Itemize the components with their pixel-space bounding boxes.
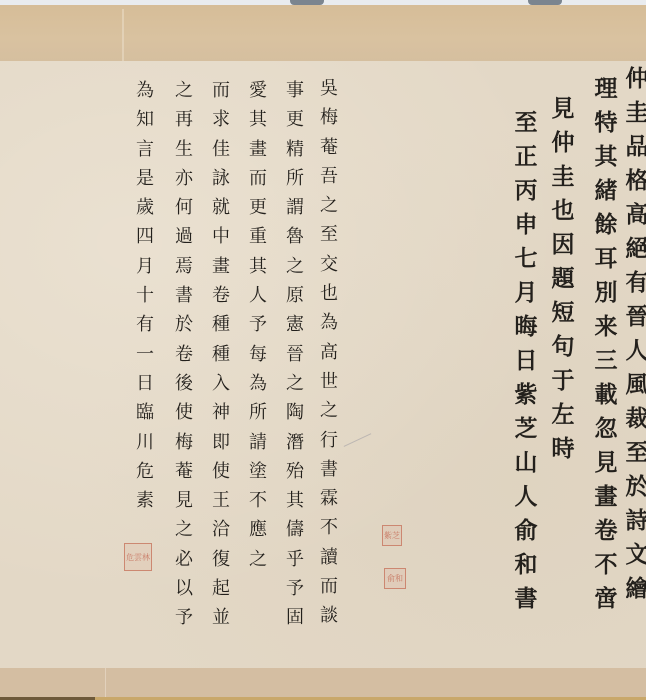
character: 緒 (595, 174, 618, 208)
character: 魯 (286, 222, 304, 251)
left-colophon-column-1: 吳梅菴吾之至交也為高世之行書霖不讀而談 (317, 74, 341, 631)
character: 晦 (515, 310, 538, 344)
left-colophon-column-3: 愛其畫而更重其人予每為所請塗不應之 (246, 76, 270, 574)
character: 時 (552, 432, 575, 466)
character: 並 (212, 603, 230, 632)
left-colophon-column-5: 之再生亦何過焉書於卷後使梅菴見之必以予 (172, 76, 196, 633)
character: 何 (175, 193, 193, 222)
character: 有 (626, 266, 646, 300)
character: 芝 (515, 412, 538, 446)
character: 為 (249, 369, 267, 398)
character: 月 (515, 276, 538, 310)
character: 更 (249, 193, 267, 222)
character: 而 (320, 572, 338, 601)
character: 之 (249, 545, 267, 574)
character: 書 (320, 455, 338, 484)
character: 一 (136, 340, 154, 369)
character: 詠 (212, 164, 230, 193)
character: 臨 (136, 398, 154, 427)
character: 至 (626, 436, 646, 470)
character: 更 (286, 105, 304, 134)
character: 不 (595, 548, 618, 582)
character: 行 (320, 426, 338, 455)
right-colophon-column-1: 仲圭品格高絕有晉人風裁至於詩文繪 (625, 62, 646, 606)
character: 洽 (212, 515, 230, 544)
character: 過 (175, 222, 193, 251)
character: 詩 (626, 504, 646, 538)
character: 絕 (626, 232, 646, 266)
character: 和 (515, 548, 538, 582)
character: 之 (286, 252, 304, 281)
character: 談 (320, 601, 338, 630)
hanger-tab-left (290, 0, 324, 5)
character: 之 (320, 191, 338, 220)
character: 風 (626, 368, 646, 402)
character: 塗 (249, 457, 267, 486)
character: 見 (175, 486, 193, 515)
character: 使 (175, 398, 193, 427)
character: 俞 (515, 514, 538, 548)
character: 應 (249, 515, 267, 544)
character: 月 (136, 252, 154, 281)
character: 之 (286, 369, 304, 398)
character: 予 (249, 310, 267, 339)
character: 於 (626, 470, 646, 504)
character: 申 (515, 208, 538, 242)
character: 菴 (320, 133, 338, 162)
character: 重 (249, 222, 267, 251)
character: 所 (286, 164, 304, 193)
character: 霖 (320, 484, 338, 513)
character: 事 (286, 76, 304, 105)
character: 梅 (320, 103, 338, 132)
character: 吾 (320, 162, 338, 191)
character: 其 (249, 105, 267, 134)
character: 繪 (626, 572, 646, 606)
character: 高 (320, 338, 338, 367)
character: 畫 (249, 135, 267, 164)
character: 起 (212, 574, 230, 603)
character: 而 (249, 164, 267, 193)
character: 日 (515, 344, 538, 378)
character: 格 (626, 164, 646, 198)
character: 其 (249, 252, 267, 281)
bottom-mounting-border (0, 668, 646, 697)
character: 求 (212, 105, 230, 134)
character: 正 (515, 140, 538, 174)
character: 卷 (595, 514, 618, 548)
character: 紫 (515, 378, 538, 412)
character: 三 (595, 344, 618, 378)
top-mounting-border (0, 5, 646, 61)
character: 日 (136, 369, 154, 398)
character: 予 (286, 574, 304, 603)
character: 入 (212, 369, 230, 398)
character: 精 (286, 135, 304, 164)
character: 晉 (286, 340, 304, 369)
character: 就 (212, 193, 230, 222)
character: 於 (175, 310, 193, 339)
character: 至 (515, 106, 538, 140)
character: 亦 (175, 164, 193, 193)
hanger-tab-right (528, 0, 562, 5)
right-colophon-signature: 至正丙申七月晦日紫芝山人俞和書 (514, 106, 538, 616)
character: 佳 (212, 135, 230, 164)
character: 文 (626, 538, 646, 572)
character: 書 (515, 582, 538, 616)
character: 必 (175, 545, 193, 574)
left-colophon-column-4: 而求佳詠就中畫卷種種入神即使王洽復起並 (209, 76, 233, 633)
seal-collector-lower: 俞和 (384, 568, 406, 589)
character: 再 (175, 105, 193, 134)
character: 為 (136, 76, 154, 105)
character: 殆 (286, 457, 304, 486)
character: 之 (320, 396, 338, 425)
character: 七 (515, 242, 538, 276)
character: 為 (320, 308, 338, 337)
character: 丙 (515, 174, 538, 208)
character: 高 (626, 198, 646, 232)
character: 人 (515, 480, 538, 514)
character: 忽 (595, 412, 618, 446)
character: 言 (136, 135, 154, 164)
character: 句 (552, 330, 575, 364)
character: 因 (552, 228, 575, 262)
character: 裁 (626, 402, 646, 436)
right-colophon-column-2: 理特其緒餘耳別来三載忽見畫卷不啻 (594, 72, 618, 616)
character: 愛 (249, 76, 267, 105)
character: 中 (212, 222, 230, 251)
character: 予 (175, 603, 193, 632)
character: 載 (595, 378, 618, 412)
character: 而 (212, 76, 230, 105)
character: 也 (552, 194, 575, 228)
character: 理 (595, 72, 618, 106)
character: 之 (175, 515, 193, 544)
character: 其 (286, 486, 304, 515)
character: 素 (136, 486, 154, 515)
character: 固 (286, 603, 304, 632)
character: 耳 (595, 242, 618, 276)
character: 左 (552, 398, 575, 432)
character: 十 (136, 281, 154, 310)
character: 也 (320, 279, 338, 308)
character: 焉 (175, 252, 193, 281)
character: 所 (249, 398, 267, 427)
character: 啻 (595, 582, 618, 616)
character: 王 (212, 486, 230, 515)
character: 復 (212, 545, 230, 574)
left-colophon-signature: 為知言是歲四月十有一日臨川危素 (133, 76, 157, 515)
character: 憲 (286, 310, 304, 339)
character: 餘 (595, 208, 618, 242)
character: 讀 (320, 543, 338, 572)
character: 川 (136, 428, 154, 457)
character: 至 (320, 220, 338, 249)
character: 交 (320, 250, 338, 279)
seal-wei-su: 危雲林 (124, 543, 152, 571)
character: 吳 (320, 74, 338, 103)
character: 世 (320, 367, 338, 396)
character: 仲 (626, 62, 646, 96)
character: 卷 (212, 281, 230, 310)
right-colophon-column-3: 見仲圭也因題短句于左時 (551, 92, 575, 466)
character: 菴 (175, 457, 193, 486)
character: 人 (626, 334, 646, 368)
left-colophon-column-2: 事更精所謂魯之原憲晉之陶潛殆其儔乎予固 (283, 76, 307, 633)
paper-crease (344, 433, 377, 457)
character: 圭 (626, 96, 646, 130)
character: 乎 (286, 545, 304, 574)
character: 後 (175, 369, 193, 398)
character: 潛 (286, 428, 304, 457)
character: 歲 (136, 193, 154, 222)
character: 知 (136, 105, 154, 134)
character: 見 (595, 446, 618, 480)
character: 于 (552, 364, 575, 398)
character: 種 (212, 340, 230, 369)
character: 畫 (595, 480, 618, 514)
character: 使 (212, 457, 230, 486)
character: 是 (136, 164, 154, 193)
character: 生 (175, 135, 193, 164)
character: 請 (249, 428, 267, 457)
character: 梅 (175, 428, 193, 457)
character: 特 (595, 106, 618, 140)
character: 圭 (552, 160, 575, 194)
character: 儔 (286, 515, 304, 544)
character: 見 (552, 92, 575, 126)
character: 四 (136, 222, 154, 251)
character: 別 (595, 276, 618, 310)
seal-collector-upper: 紫芝 (382, 525, 402, 546)
character: 謂 (286, 193, 304, 222)
character: 題 (552, 262, 575, 296)
character: 来 (595, 310, 618, 344)
character: 即 (212, 428, 230, 457)
character: 短 (552, 296, 575, 330)
character: 仲 (552, 126, 575, 160)
character: 晉 (626, 300, 646, 334)
character: 有 (136, 310, 154, 339)
character: 品 (626, 130, 646, 164)
character: 其 (595, 140, 618, 174)
character: 不 (249, 486, 267, 515)
character: 不 (320, 513, 338, 542)
character: 畫 (212, 252, 230, 281)
character: 卷 (175, 340, 193, 369)
character: 危 (136, 457, 154, 486)
character: 人 (249, 281, 267, 310)
character: 種 (212, 310, 230, 339)
character: 以 (175, 574, 193, 603)
character: 之 (175, 76, 193, 105)
character: 山 (515, 446, 538, 480)
character: 陶 (286, 398, 304, 427)
character: 神 (212, 398, 230, 427)
character: 書 (175, 281, 193, 310)
character: 每 (249, 340, 267, 369)
character: 原 (286, 281, 304, 310)
